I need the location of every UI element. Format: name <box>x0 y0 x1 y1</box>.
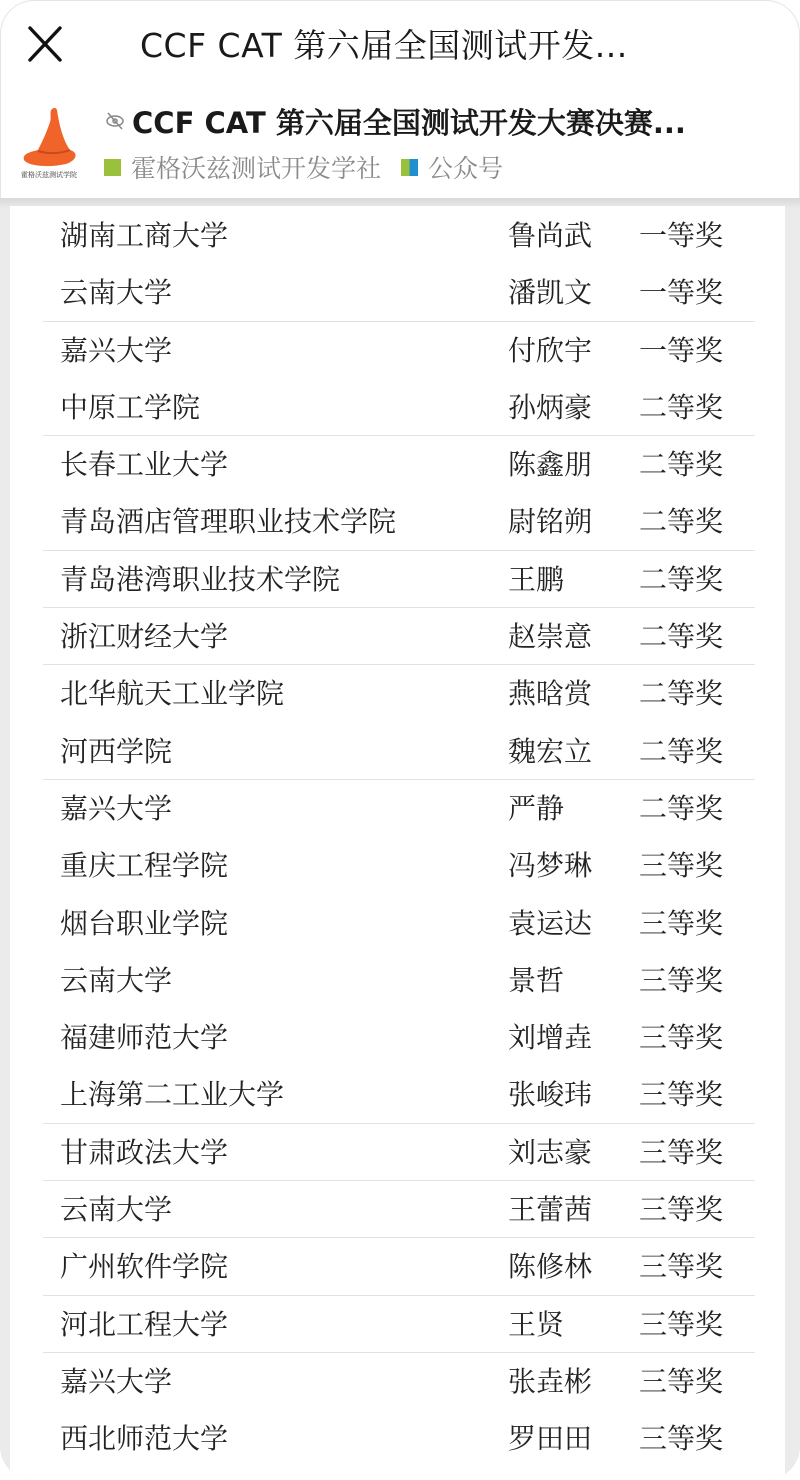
close-icon <box>26 24 66 64</box>
top-bar: CCF CAT 第六届全国测试开发... <box>0 0 800 84</box>
award-cell: 三等奖 <box>639 1188 723 1228</box>
school-cell: 湖南工商大学 <box>60 214 228 254</box>
table-row: 嘉兴大学张垚彬三等奖 <box>0 1352 800 1409</box>
table-row: 西北师范大学罗田田三等奖 <box>0 1409 800 1466</box>
table-row: 嘉兴大学严静二等奖 <box>0 779 800 836</box>
school-cell: 嘉兴大学 <box>60 787 172 827</box>
name-cell: 王贤 <box>508 1303 564 1343</box>
table-row: 河北工程大学王贤三等奖 <box>0 1295 800 1352</box>
award-cell: 三等奖 <box>639 1303 723 1343</box>
school-cell: 甘肃政法大学 <box>60 1131 228 1171</box>
row-divider <box>43 550 755 551</box>
table-row: 浙江财经大学赵崇意二等奖 <box>0 607 800 664</box>
award-cell: 二等奖 <box>639 787 723 827</box>
table-row: 湖南工商大学鲁尚武一等奖 <box>0 206 800 263</box>
school-cell: 嘉兴大学 <box>60 329 172 369</box>
table-row: 重庆工程学院冯梦琳三等奖 <box>0 836 800 893</box>
award-cell: 二等奖 <box>639 500 723 540</box>
name-cell: 孙炳豪 <box>508 386 592 426</box>
name-cell: 王蕾茜 <box>508 1188 592 1228</box>
award-cell: 二等奖 <box>639 386 723 426</box>
name-cell: 陈鑫朋 <box>508 443 592 483</box>
school-cell: 上海第二工业大学 <box>60 1073 284 1113</box>
name-cell: 赵崇意 <box>508 615 592 655</box>
row-divider <box>43 1237 755 1238</box>
table-row: 云南大学景哲三等奖 <box>0 951 800 1008</box>
table-row: 长春工业大学陈鑫朋二等奖 <box>0 435 800 492</box>
name-cell: 冯梦琳 <box>508 844 592 884</box>
name-cell: 刘志豪 <box>508 1131 592 1171</box>
award-cell: 一等奖 <box>639 329 723 369</box>
school-cell: 长春工业大学 <box>60 443 228 483</box>
table-row: 云南大学王蕾茜三等奖 <box>0 1180 800 1237</box>
school-cell: 嘉兴大学 <box>60 1360 172 1400</box>
school-cell: 青岛酒店管理职业技术学院 <box>60 500 396 540</box>
table-row: 青岛港湾职业技术学院王鹏二等奖 <box>0 550 800 607</box>
award-cell: 三等奖 <box>639 1360 723 1400</box>
name-cell: 魏宏立 <box>508 730 592 770</box>
row-divider <box>43 607 755 608</box>
row-divider <box>43 1180 755 1181</box>
award-cell: 三等奖 <box>639 1131 723 1171</box>
school-cell: 重庆工程学院 <box>60 844 228 884</box>
table-row: 青岛酒店管理职业技术学院尉铭朔二等奖 <box>0 492 800 549</box>
award-cell: 三等奖 <box>639 1073 723 1113</box>
app-frame: CCF CAT 第六届全国测试开发... 霍格沃兹测试学院 CCF CAT 第六… <box>0 0 800 1480</box>
logo-caption: 霍格沃兹测试学院 <box>8 170 90 180</box>
name-cell: 燕晗赏 <box>508 672 592 712</box>
article-title: CCF CAT 第六届全国测试开发大赛决赛... <box>132 101 686 142</box>
award-cell: 二等奖 <box>639 558 723 598</box>
school-cell: 西北师范大学 <box>60 1417 228 1457</box>
school-cell: 浙江财经大学 <box>60 615 228 655</box>
school-cell: 云南大学 <box>60 959 172 999</box>
page-title: CCF CAT 第六届全国测试开发... <box>140 20 628 67</box>
award-cell: 一等奖 <box>639 271 723 311</box>
name-cell: 罗田田 <box>508 1417 592 1457</box>
table-row: 广州软件学院陈修林三等奖 <box>0 1237 800 1294</box>
school-cell: 青岛港湾职业技术学院 <box>60 558 340 598</box>
author-square-icon <box>104 159 121 176</box>
eye-hidden-icon[interactable] <box>104 110 126 132</box>
name-cell: 袁运达 <box>508 902 592 942</box>
source-square-icon <box>401 159 418 176</box>
name-cell: 尉铭朔 <box>508 500 592 540</box>
table-row: 中原工学院孙炳豪二等奖 <box>0 378 800 435</box>
name-cell: 王鹏 <box>508 558 564 598</box>
table-row: 上海第二工业大学张峻玮三等奖 <box>0 1065 800 1122</box>
source-type: 公众号 <box>428 149 503 185</box>
row-divider <box>43 1352 755 1353</box>
row-divider <box>43 779 755 780</box>
table-row: 嘉兴大学付欣宇一等奖 <box>0 321 800 378</box>
row-divider <box>43 321 755 322</box>
row-divider <box>43 1123 755 1124</box>
school-cell: 云南大学 <box>60 271 172 311</box>
name-cell: 潘凯文 <box>508 271 592 311</box>
row-divider <box>43 435 755 436</box>
name-cell: 刘增垚 <box>508 1016 592 1056</box>
school-cell: 云南大学 <box>60 1188 172 1228</box>
award-cell: 三等奖 <box>639 1245 723 1285</box>
award-cell: 一等奖 <box>639 214 723 254</box>
name-cell: 鲁尚武 <box>508 214 592 254</box>
award-cell: 三等奖 <box>639 902 723 942</box>
award-cell: 三等奖 <box>639 959 723 999</box>
award-cell: 三等奖 <box>639 1016 723 1056</box>
award-cell: 二等奖 <box>639 672 723 712</box>
wizard-hat-logo-icon <box>8 102 92 172</box>
name-cell: 张垚彬 <box>508 1360 592 1400</box>
row-divider <box>43 1295 755 1296</box>
award-cell: 三等奖 <box>639 1417 723 1457</box>
close-button[interactable] <box>26 24 66 64</box>
school-cell: 福建师范大学 <box>60 1016 228 1056</box>
school-cell: 北华航天工业学院 <box>60 672 284 712</box>
row-divider <box>43 664 755 665</box>
article-meta: 霍格沃兹测试开发学社 公众号 <box>104 150 503 184</box>
table-row: 北华航天工业学院燕晗赏二等奖 <box>0 664 800 721</box>
school-cell: 广州软件学院 <box>60 1245 228 1285</box>
name-cell: 张峻玮 <box>508 1073 592 1113</box>
award-cell: 二等奖 <box>639 730 723 770</box>
name-cell: 陈修林 <box>508 1245 592 1285</box>
table-row: 云南大学潘凯文一等奖 <box>0 263 800 320</box>
award-cell: 三等奖 <box>639 844 723 884</box>
name-cell: 严静 <box>508 787 564 827</box>
school-cell: 河北工程大学 <box>60 1303 228 1343</box>
award-cell: 二等奖 <box>639 443 723 483</box>
author-name[interactable]: 霍格沃兹测试开发学社 <box>131 149 381 185</box>
table-row: 福建师范大学刘增垚三等奖 <box>0 1008 800 1065</box>
name-cell: 景哲 <box>508 959 564 999</box>
table-row: 河西学院魏宏立二等奖 <box>0 722 800 779</box>
name-cell: 付欣宇 <box>508 329 592 369</box>
school-cell: 中原工学院 <box>60 386 200 426</box>
award-cell: 二等奖 <box>639 615 723 655</box>
results-table: 湖南工商大学鲁尚武一等奖云南大学潘凯文一等奖嘉兴大学付欣宇一等奖中原工学院孙炳豪… <box>0 206 800 1467</box>
table-row: 甘肃政法大学刘志豪三等奖 <box>0 1123 800 1180</box>
school-cell: 烟台职业学院 <box>60 902 228 942</box>
table-row: 烟台职业学院袁运达三等奖 <box>0 894 800 951</box>
school-cell: 河西学院 <box>60 730 172 770</box>
